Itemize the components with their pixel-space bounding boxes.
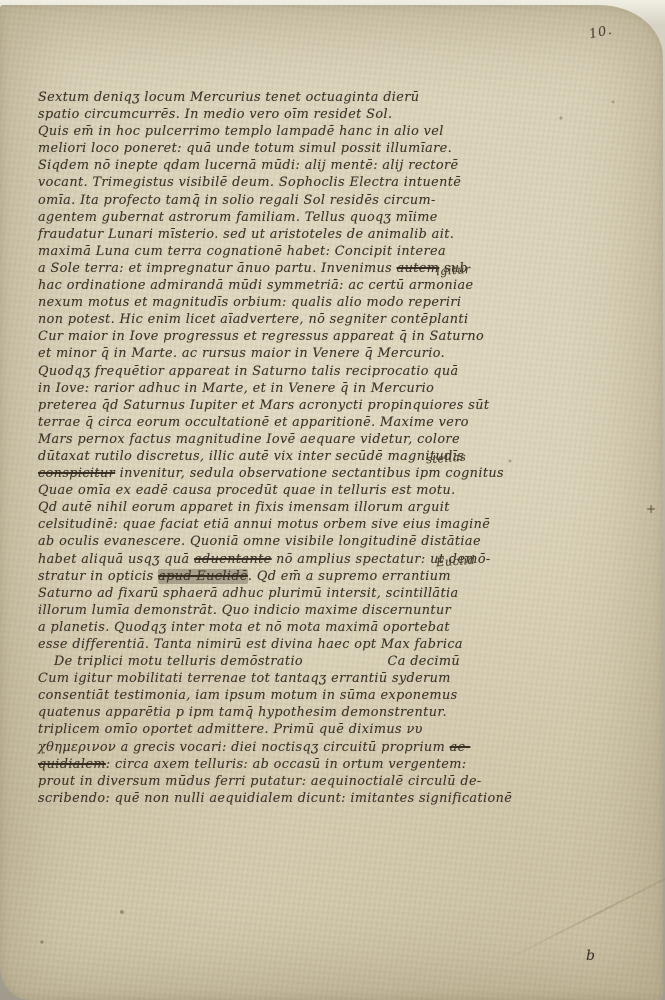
manuscript-text: quatenus apparētia p ipm tamq̄ hypothesi…: [38, 705, 447, 720]
manuscript-line: Qd autē nihil eorum apparet in fixis ime…: [38, 499, 462, 516]
manuscript-line: stratur in opticis apud Euclidē. Qd em̄ …: [38, 568, 462, 585]
struck-text: autem: [397, 261, 440, 276]
manuscript-text: Mars pernox factus magnitudine Iovē aequ…: [38, 432, 460, 447]
manuscript-line: agentem gubernat astrorum familiam. Tell…: [38, 209, 462, 226]
manuscript-text: a planetis. Quodqʒ inter mota et nō mota…: [38, 620, 450, 635]
manuscript-line: ab oculis evanescere. Quoniā omne visibi…: [38, 533, 462, 550]
manuscript-line: a planetis. Quodqʒ inter mota et nō mota…: [38, 619, 462, 636]
manuscript-text: Quodqʒ frequētior appareat in Saturno ta…: [38, 364, 459, 379]
folio-number: 10.: [588, 23, 614, 43]
manuscript-line: vocant. Trimegistus visibilē deum. Sopho…: [38, 174, 462, 191]
manuscript-text: Quae omīa ex eadē causa procedūt quae in…: [38, 483, 456, 498]
manuscript-line: dūtaxat rutilo discretus, illic autē vix…: [38, 448, 462, 465]
manuscript-line: preterea q̄d Saturnus Iupiter et Mars ac…: [38, 397, 462, 414]
struck-text: ae-: [450, 740, 471, 755]
manuscript-line: hac ordinatione admirandā mūdi symmetriā…: [38, 277, 462, 294]
manuscript-line: Quis em̄ in hoc pulcerrimo templo lampad…: [38, 123, 462, 140]
manuscript-line: omīa. Ita profecto tamq̄ in solio regali…: [38, 192, 462, 209]
manuscript-text: Cur maior in Iove progressus et regressu…: [38, 329, 484, 344]
manuscript-line: quidialem: circa axem telluris: ab occas…: [38, 756, 462, 773]
manuscript-line: Quodqʒ frequētior appareat in Saturno ta…: [38, 363, 462, 380]
manuscript-text: Quis em̄ in hoc pulcerrimo templo lampad…: [38, 124, 444, 139]
manuscript-text: agentem gubernat astrorum familiam. Tell…: [38, 210, 438, 225]
manuscript-line: Sextum deniqʒ locum Mercurius tenet octu…: [38, 89, 462, 106]
manuscript-line: consentiāt testimonia, iam ipsum motum i…: [38, 687, 462, 704]
manuscript-text: Sextum deniqʒ locum Mercurius tenet octu…: [38, 90, 419, 105]
manuscript-text: vocant. Trimegistus visibilē deum. Sopho…: [38, 175, 461, 190]
manuscript-text: stratur in opticis: [38, 569, 158, 584]
manuscript-line: terrae q̄ circa eorum occultationē et ap…: [38, 414, 462, 431]
manuscript-text: scribendo: quē non nulli aequidialem dic…: [38, 791, 512, 806]
manuscript-text: prout in diversum mūdus ferri putatur: a…: [38, 774, 482, 789]
parchment-page: 10. Sextum deniqʒ locum Mercurius tenet …: [0, 5, 663, 1000]
manuscript-text: et minor q̄ in Marte. ac rursus maior in…: [38, 346, 445, 361]
manuscript-text: terrae q̄ circa eorum occultationē et ap…: [38, 415, 469, 430]
manuscript-line: esse differentiā. Tanta nimirū est divin…: [38, 636, 462, 653]
manuscript-line: Cum igitur mobilitati terrenae tot tanta…: [38, 670, 462, 687]
manuscript-text: consentiāt testimonia, iam ipsum motum i…: [38, 688, 458, 703]
manuscript-text: habet aliquā usqʒ quā: [38, 552, 194, 567]
paper-crease: [498, 859, 665, 965]
manuscript-text: in Iove: rarior adhuc in Marte, et in Ve…: [38, 381, 434, 396]
manuscript-line: Siqdem nō inepte qdam lucernā mūdi: alij…: [38, 157, 462, 174]
manuscript-text: fraudatur Lunari mīsterio. sed ut aristo…: [38, 227, 454, 242]
manuscript-line: χθημερινον a grecis vocari: diei noctisq…: [38, 739, 462, 756]
manuscript-photo: { "page": { "folio_number": "10.", "quir…: [0, 0, 665, 1000]
margin-note: stellas: [426, 450, 467, 467]
manuscript-text: Cum igitur mobilitati terrenae tot tanta…: [38, 671, 451, 686]
manuscript-text: ab oculis evanescere. Quoniā omne visibi…: [38, 534, 481, 549]
manuscript-line: non potest. Hic enim licet aīadvertere, …: [38, 311, 462, 328]
manuscript-line: prout in diversum mūdus ferri putatur: a…: [38, 773, 462, 790]
manuscript-line: in Iove: rarior adhuc in Marte, et in Ve…: [38, 380, 462, 397]
manuscript-line: Cur maior in Iove progressus et regressu…: [38, 328, 462, 345]
manuscript-text: spatio circumcurrēs. In medio vero oīm r…: [38, 107, 392, 122]
manuscript-text: meliori loco poneret: quā unde totum sim…: [38, 141, 452, 156]
manuscript-text: celsitudinē: quae faciat etiā annui motu…: [38, 517, 490, 532]
manuscript-text: nexum motus et magnitudīs orbium: qualis…: [38, 295, 461, 310]
manuscript-line: a Sole terra: et impregnatur ānuo partu.…: [38, 260, 462, 277]
manuscript-text: maximā Luna cum terra cognationē habet: …: [38, 244, 446, 259]
manuscript-text: invenitur, sedula observatione sectantib…: [115, 466, 504, 481]
manuscript-line: et minor q̄ in Marte. ac rursus maior in…: [38, 345, 462, 362]
manuscript-text: dūtaxat rutilo discretus, illic autē vix…: [38, 449, 464, 464]
manuscript-line: spatio circumcurrēs. In medio vero oīm r…: [38, 106, 462, 123]
manuscript-text: illorum lumīa demonstrāt. Quo indicio ma…: [38, 603, 451, 618]
manuscript-line: illorum lumīa demonstrāt. Quo indicio ma…: [38, 602, 462, 619]
quire-signature: b: [586, 948, 595, 964]
manuscript-text: esse differentiā. Tanta nimirū est divin…: [38, 637, 463, 652]
manuscript-text: De triplici motu telluris demōstratio: [54, 653, 303, 670]
manuscript-line: triplicem omīo oportet admittere. Primū …: [38, 721, 462, 738]
manuscript-line: Quae omīa ex eadē causa procedūt quae in…: [38, 482, 462, 499]
margin-note: igitur: [436, 262, 472, 278]
struck-text: conspicitur: [38, 466, 115, 481]
struck-text: apud Euclidē: [158, 569, 248, 584]
manuscript-line: Saturno ad fixarū sphaerā adhuc plurimū …: [38, 585, 462, 602]
manuscript-text: Qd autē nihil eorum apparet in fixis ime…: [38, 500, 450, 515]
manuscript-text: Saturno ad fixarū sphaerā adhuc plurimū …: [38, 586, 459, 601]
manuscript-line: scribendo: quē non nulli aequidialem dic…: [38, 790, 462, 807]
manuscript-line: Mars pernox factus magnitudine Iovē aequ…: [38, 431, 462, 448]
manuscript-line: meliori loco poneret: quā unde totum sim…: [38, 140, 462, 157]
manuscript-line: habet aliquā usqʒ quā aduentante nō ampl…: [38, 551, 462, 568]
manuscript-text: non potest. Hic enim licet aīadvertere, …: [38, 312, 468, 327]
manuscript-text: preterea q̄d Saturnus Iupiter et Mars ac…: [38, 398, 489, 413]
manuscript-text: χθημερινον a grecis vocari: diei noctisq…: [38, 740, 450, 755]
struck-text: aduentante: [194, 552, 272, 567]
manuscript-text: triplicem omīo oportet admittere. Primū …: [38, 722, 423, 737]
manuscript-line: maximā Luna cum terra cognationē habet: …: [38, 243, 462, 260]
chapter-heading-line: De triplici motu telluris demōstratioCa …: [38, 653, 462, 670]
manuscript-line: celsitudinē: quae faciat etiā annui motu…: [38, 516, 462, 533]
manuscript-text: : circa axem telluris: ab occasū in ortu…: [106, 757, 467, 772]
struck-text: quidialem: [38, 757, 106, 772]
manuscript-line: conspicitur invenitur, sedula observatio…: [38, 465, 462, 482]
paper-specks: [0, 5, 2, 7]
manuscript-text: Siqdem nō inepte qdam lucernā mūdi: alij…: [38, 158, 458, 173]
margin-cross-mark: +: [646, 502, 656, 516]
manuscript-line: nexum motus et magnitudīs orbium: qualis…: [38, 294, 462, 311]
manuscript-text: Ca decimū: [388, 653, 461, 670]
manuscript-text: a Sole terra: et impregnatur ānuo partu.…: [38, 261, 397, 276]
manuscript-text: . Qd em̄ a supremo errantium: [248, 569, 451, 584]
manuscript-line: fraudatur Lunari mīsterio. sed ut aristo…: [38, 226, 462, 243]
margin-note: Euclid: [436, 552, 476, 569]
manuscript-line: quatenus apparētia p ipm tamq̄ hypothesi…: [38, 704, 462, 721]
manuscript-text: hac ordinatione admirandā mūdi symmetriā…: [38, 278, 473, 293]
manuscript-text-block: Sextum deniqʒ locum Mercurius tenet octu…: [38, 89, 462, 807]
manuscript-text: omīa. Ita profecto tamq̄ in solio regali…: [38, 193, 436, 208]
